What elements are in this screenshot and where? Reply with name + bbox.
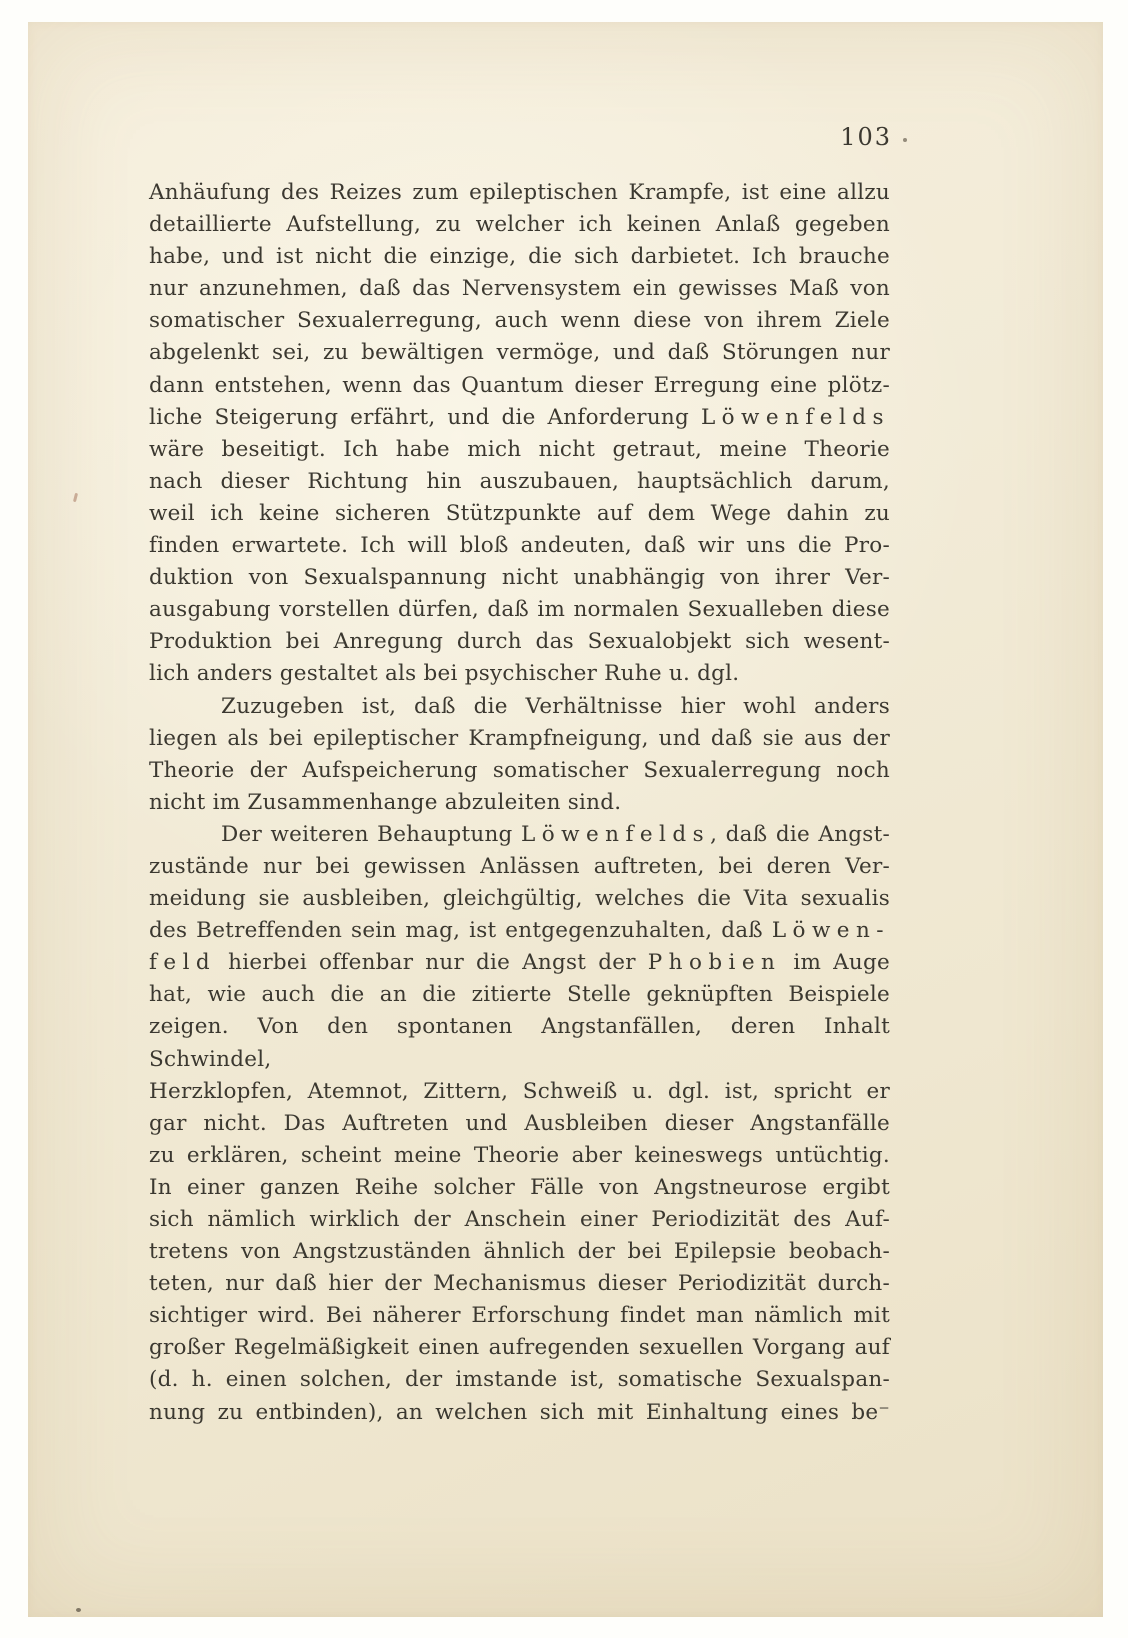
spaced-emphasis-word: Löwen- [772, 918, 890, 943]
book-page: 103 Anhäufung des Reizes zum epileptisch… [28, 22, 1103, 1617]
text-line: Anhäufung des Reizes zum epileptischen K… [149, 177, 890, 209]
text-line: Der weiteren Behauptung Löwenfelds, daß … [149, 819, 890, 851]
text-line: sichtiger wird. Bei näherer Erforschung … [149, 1300, 890, 1332]
text-line: Zuzugeben ist, daß die Verhältnisse hier… [149, 691, 890, 723]
text-line: Herzklopfen, Atemnot, Zittern, Schweiß u… [149, 1076, 890, 1108]
text-line: nur anzunehmen, daß das Nervensystem ein… [149, 273, 890, 305]
text-line: großer Regelmäßigkeit einen aufregenden … [149, 1332, 890, 1364]
text-line: Theorie der Aufspeicherung somatischer S… [149, 755, 890, 787]
text-line: zustände nur bei gewissen Anlässen auftr… [149, 851, 890, 883]
text-line: hat, wie auch die an die zitierte Stelle… [149, 979, 890, 1011]
text-line: (d. h. einen solchen, der imstande ist, … [149, 1364, 890, 1396]
text-line: meidung sie ausbleiben, gleichgültig, we… [149, 883, 890, 915]
text-line: habe, und ist nicht die einzige, die sic… [149, 241, 890, 273]
text-line: teten, nur daß hier der Mechanismus dies… [149, 1268, 890, 1300]
text-line: nach dieser Richtung hin auszubauen, hau… [149, 466, 890, 498]
text-line: nicht im Zusammenhange abzuleiten sind. [149, 787, 890, 819]
text-line: duktion von Sexualspannung nicht unabhän… [149, 562, 890, 594]
text-line: Produktion bei Anregung durch das Sexual… [149, 626, 890, 658]
text-line: tretens von Angstzuständen ähnlich der b… [149, 1236, 890, 1268]
text-line: detaillierte Aufstellung, zu welcher ich… [149, 209, 890, 241]
text-line: finden erwartete. Ich will bloß andeuten… [149, 530, 890, 562]
text-line: gar nicht. Das Auftreten und Ausbleiben … [149, 1108, 890, 1140]
text-line: liegen als bei epileptischer Krampfneigu… [149, 723, 890, 755]
text-line: liche Steigerung erfährt, und die Anford… [149, 402, 890, 434]
text-line: lich anders gestaltet als bei psychische… [149, 658, 890, 690]
text-line: In einer ganzen Reihe solcher Fälle von … [149, 1172, 890, 1204]
text-block: Anhäufung des Reizes zum epileptischen K… [149, 177, 890, 1429]
text-line: sich nämlich wirklich der Anschein einer… [149, 1204, 890, 1236]
text-line: wäre beseitigt. Ich habe mich nicht getr… [149, 434, 890, 466]
page-number: 103 [840, 123, 892, 151]
spaced-emphasis-word: Löwenfelds [701, 405, 890, 430]
text-line: zu erklären, scheint meine Theorie aber … [149, 1140, 890, 1172]
ink-speck [903, 138, 907, 142]
text-line: ausgabung vorstellen dürfen, daß im norm… [149, 594, 890, 626]
text-line: somatischer Sexualerregung, auch wenn di… [149, 305, 890, 337]
text-line: nung zu entbinden), an welchen sich mit … [149, 1397, 890, 1429]
ink-speck [73, 493, 78, 502]
scan-background: { "page": { "number": "103", "paper_colo… [0, 0, 1128, 1638]
text-line: dann entstehen, wenn das Quantum dieser … [149, 370, 890, 402]
spaced-emphasis-word: Phobien [648, 950, 782, 975]
text-line: zeigen. Von den spontanen Angstanfällen,… [149, 1011, 890, 1075]
ink-speck [76, 1608, 81, 1612]
text-line: feld hierbei offenbar nur die Angst der … [149, 947, 890, 979]
spaced-emphasis-word: Löwenfelds [521, 822, 710, 847]
text-line: des Betreffenden sein mag, ist entgegenz… [149, 915, 890, 947]
text-line: weil ich keine sicheren Stützpunkte auf … [149, 498, 890, 530]
text-line: abgelenkt sei, zu bewältigen vermöge, un… [149, 337, 890, 369]
spaced-emphasis-word: feld [149, 950, 216, 975]
